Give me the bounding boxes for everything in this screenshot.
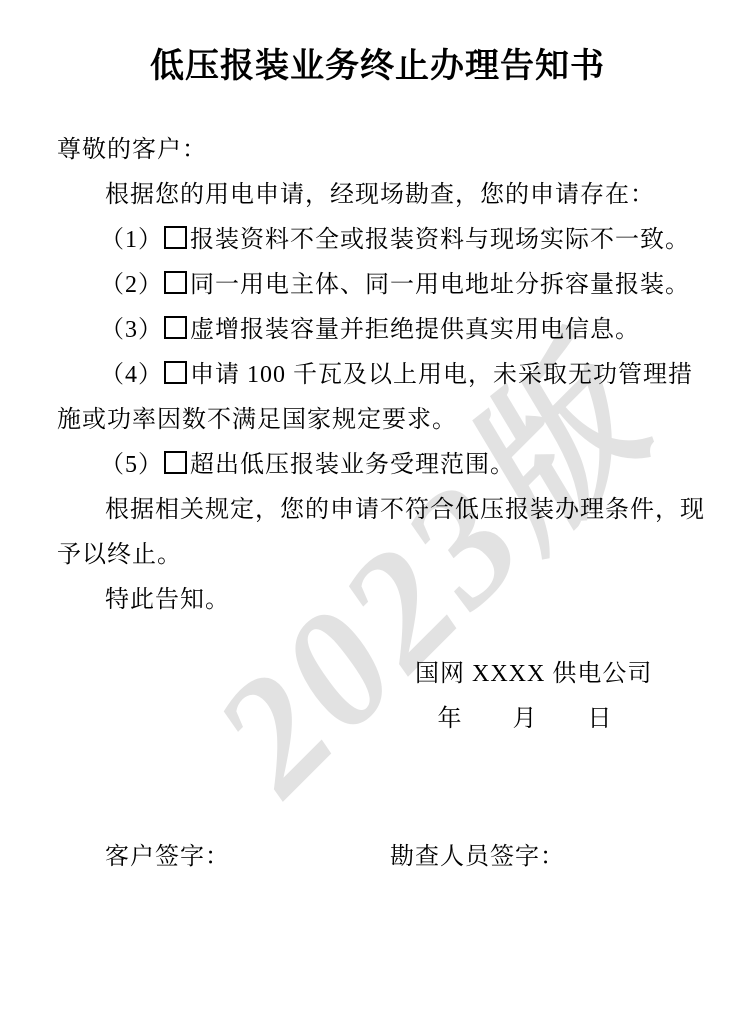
item-3-text: 虚增报装容量并拒绝提供真实用电信息。 <box>190 317 640 343</box>
item-5-number: （5） <box>100 452 163 478</box>
salutation-text: 尊敬的客户： <box>57 137 207 163</box>
checkbox-reason-3[interactable] <box>164 316 187 339</box>
reason-item-4-line-2: 施或功率因数不满足国家规定要求。 <box>57 398 702 443</box>
conclusion-text-line-2: 予以终止。 <box>57 542 182 568</box>
reason-item-4-line-1: （4）申请 100 千瓦及以上用电，未采取无功管理措 <box>57 353 702 398</box>
salutation-line: 尊敬的客户： <box>57 128 702 173</box>
item-4-text-line-1: 申请 100 千瓦及以上用电，未采取无功管理措 <box>190 362 693 388</box>
conclusion-text-line-1: 根据相关规定，您的申请不符合低压报装办理条件，现 <box>105 497 705 523</box>
document-title: 低压报装业务终止办理告知书 <box>0 38 755 87</box>
customer-signature-label: 客户签字： <box>105 835 230 880</box>
surveyor-signature-label: 勘查人员签字： <box>390 835 565 880</box>
item-1-text: 报装资料不全或报装资料与现场实际不一致。 <box>190 227 690 253</box>
reason-item-5: （5）超出低压报装业务受理范围。 <box>57 443 702 488</box>
intro-line: 根据您的用电申请，经现场勘查，您的申请存在： <box>57 173 702 218</box>
signoff-block: 国网 XXXX 供电公司 年 月 日 <box>415 652 635 742</box>
item-3-number: （3） <box>100 317 163 343</box>
item-2-number: （2） <box>100 272 163 298</box>
item-1-number: （1） <box>100 227 163 253</box>
checkbox-reason-4[interactable] <box>164 361 187 384</box>
reason-item-2: （2）同一用电主体、同一用电地址分拆容量报装。 <box>57 263 702 308</box>
date-line: 年 月 日 <box>415 697 635 742</box>
item-5-text: 超出低压报装业务受理范围。 <box>190 452 515 478</box>
intro-text: 根据您的用电申请，经现场勘查，您的申请存在： <box>105 182 655 208</box>
item-4-number: （4） <box>100 362 163 388</box>
company-name: 国网 XXXX 供电公司 <box>415 661 652 687</box>
conclusion-line-1: 根据相关规定，您的申请不符合低压报装办理条件，现 <box>57 488 702 533</box>
conclusion-line-2: 予以终止。 <box>57 533 702 578</box>
item-2-text: 同一用电主体、同一用电地址分拆容量报装。 <box>190 272 690 298</box>
checkbox-reason-5[interactable] <box>164 451 187 474</box>
checkbox-reason-1[interactable] <box>164 226 187 249</box>
closing-text: 特此告知。 <box>105 587 230 613</box>
reason-item-3: （3）虚增报装容量并拒绝提供真实用电信息。 <box>57 308 702 353</box>
closing-line: 特此告知。 <box>57 578 702 623</box>
date-fields: 年 月 日 <box>438 706 613 732</box>
reason-item-1: （1）报装资料不全或报装资料与现场实际不一致。 <box>57 218 702 263</box>
company-line: 国网 XXXX 供电公司 <box>415 652 635 697</box>
signature-row: 客户签字： 勘查人员签字： <box>0 835 755 880</box>
document-page: 2023版 低压报装业务终止办理告知书 尊敬的客户： 根据您的用电申请，经现场勘… <box>0 0 755 1017</box>
document-body: 尊敬的客户： 根据您的用电申请，经现场勘查，您的申请存在： （1）报装资料不全或… <box>57 128 702 623</box>
checkbox-reason-2[interactable] <box>164 271 187 294</box>
item-4-text-line-2: 施或功率因数不满足国家规定要求。 <box>57 407 457 433</box>
